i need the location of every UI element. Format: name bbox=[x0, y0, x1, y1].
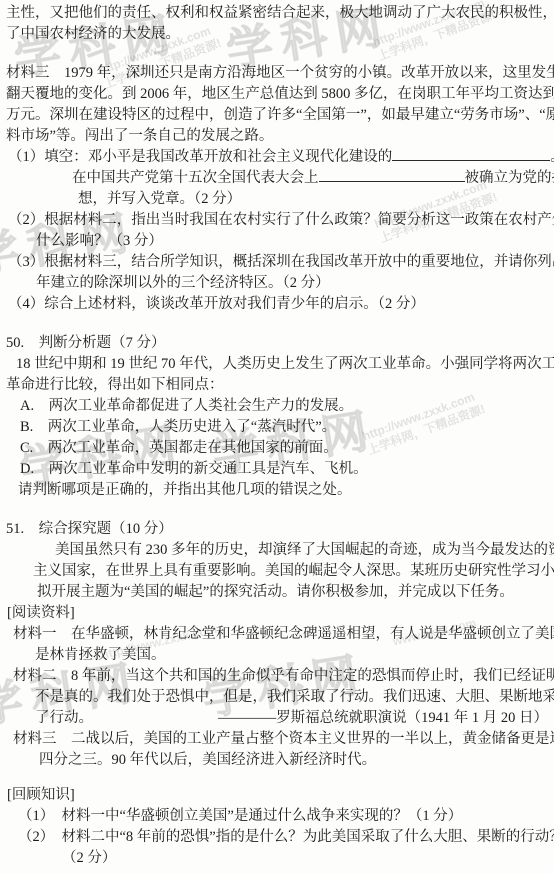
question-49-1-line: 想，并写入党章。（2 分） bbox=[78, 189, 550, 210]
intro-paragraph-line: 了中国农村经济的大发展。 bbox=[6, 24, 550, 45]
reading-materials-header: [阅读资料] bbox=[7, 603, 550, 624]
section-spacer bbox=[6, 771, 550, 785]
question-51-intro-line: 拟开展主题为“美国的崛起”的探究活动。请你积极参加，并完成以下任务。 bbox=[37, 582, 550, 603]
question-49-1-lead: （1）填空：邓小平是我国改革开放和社会主义现代化建设的 bbox=[8, 149, 392, 165]
review-knowledge-header: [回顾知识] bbox=[7, 785, 550, 806]
question-51-intro-line: 美国虽然只有 230 多年的历史，却演绎了大国崛起的奇迹，成为当今最发达的资本 bbox=[55, 540, 550, 561]
review-question-2-line: （2） 材料二中“8 年前的恐惧”指的是什么？为此美国采取了什么大胆、果断的行动… bbox=[18, 827, 550, 848]
material2-usa-line: 材料二 8 年前，当这个共和国的生命似乎有命中注定的恐惧而停止时，我们已经证明这 bbox=[13, 666, 550, 687]
fill-in-blank bbox=[392, 147, 550, 161]
question-49-1-period: 。 bbox=[550, 149, 554, 165]
question-49-2-line: 什么影响？（3 分） bbox=[36, 231, 550, 252]
question-50-option-d: D. 两次工业革命中发明的新交通工具是汽车、飞机。 bbox=[20, 459, 550, 480]
material1-usa-line: 是林肯拯救了美国。 bbox=[35, 645, 550, 666]
material1-usa-line: 材料一 在华盛顿，林肯纪念堂和华盛顿纪念碑遥遥相望，有人说是华盛顿创立了美国， bbox=[13, 624, 550, 645]
question-49-2-line: （2）根据材料二，指出当时我国在农村实行了什么政策？简要分析这一政策在农村产生了 bbox=[8, 210, 550, 231]
material3-china-line: 万元。深圳在建设特区的过程中，创造了许多“全国第一”，如最早建立“劳务市场”、“… bbox=[6, 105, 550, 126]
question-50-heading: 50. 判断分析题（7 分） bbox=[6, 333, 550, 354]
question-51-heading: 51. 综合探究题（10 分） bbox=[6, 519, 550, 540]
material3-usa-line: 四分之三。90 年代以后，美国经济进入新经济时代。 bbox=[39, 750, 550, 771]
material2-attribution: ————罗斯福总统就职演说（1941 年 1 月 20 日） bbox=[218, 708, 550, 729]
fill-in-blank bbox=[319, 168, 465, 182]
exam-paper-page: 主性，又把他们的责任、权利和权益紧密结合起来，极大地调动了广大农民的积极性，促进… bbox=[0, 0, 554, 869]
material3-china-line: 料市场”等。闯出了一条自己的发展之路。 bbox=[6, 126, 550, 147]
section-spacer bbox=[6, 45, 550, 63]
material3-china-line: 翻天覆地的变化。到 2006 年，地区生产总值达到 5800 多亿，在岗职工年平… bbox=[6, 84, 550, 105]
question-50-option-c: C. 两次工业革命，英国都走在其他国家的前面。 bbox=[20, 438, 550, 459]
question-50-closing: 请判断哪项是正确的，并指出其他几项的错误之处。 bbox=[18, 480, 550, 501]
material2-usa-line: 了行动。 ————罗斯福总统就职演说（1941 年 1 月 20 日） bbox=[6, 708, 550, 729]
section-spacer bbox=[6, 315, 550, 333]
question-49-1-post: 被确立为党的指导思 bbox=[465, 170, 554, 186]
question-50-intro-line: 革命进行比较，得出如下相同点： bbox=[6, 375, 550, 396]
question-49-4-line: （4）综合上述材料，谈谈改革开放对我们青少年的启示。（2 分） bbox=[8, 294, 550, 315]
question-49-1-line: 在中国共产党第十五次全国代表大会上被确立为党的指导思 bbox=[72, 168, 550, 189]
question-49-1-pre: 在中国共产党第十五次全国代表大会上 bbox=[72, 170, 319, 186]
material3-usa-line: 材料三 二战以后，美国的工业产量占整个资本主义世界的一半以上，黄金储备更是达到 bbox=[13, 729, 550, 750]
question-49-3-line: （3）根据材料三，结合所学知识，概括深圳在我国改革开放中的重要地位，并请你列出 … bbox=[8, 252, 550, 273]
question-51-intro-line: 主义国家，在世界上具有重要影响。美国的崛起令人深思。某班历史研究性学习小组 bbox=[33, 561, 550, 582]
review-question-1: （1） 材料一中“华盛顿创立美国”是通过什么战争来实现的？（1 分） bbox=[18, 806, 550, 827]
question-50-option-b: B. 两次工业革命，人类历史进入了“蒸汽时代”。 bbox=[20, 417, 550, 438]
question-49-1-line: （1）填空：邓小平是我国改革开放和社会主义现代化建设的。 bbox=[8, 147, 550, 168]
material3-china-line: 材料三 1979 年，深圳还只是南方沿海地区一个贫穷的小镇。改革开放以来，这里发… bbox=[6, 63, 550, 84]
review-question-2-line: （2 分） bbox=[62, 848, 550, 869]
material2-usa-line: 不是真的。我们处于恐惧中，但是，我们采取了行动。我们迅速、大胆、果断地采取 bbox=[35, 687, 550, 708]
intro-paragraph-line: 主性，又把他们的责任、权利和权益紧密结合起来，极大地调动了广大农民的积极性，促进 bbox=[6, 3, 550, 24]
section-spacer bbox=[6, 501, 550, 519]
question-50-intro-line: 18 世纪中期和 19 世纪 70 年代，人类历史上发生了两次工业革命。小强同学… bbox=[16, 354, 550, 375]
question-49-3-line: 年建立的除深圳以外的三个经济特区。（2 分） bbox=[36, 273, 550, 294]
material2-last-fragment: 了行动。 bbox=[35, 708, 93, 729]
question-50-option-a: A. 两次工业革命都促进了人类社会生产力的发展。 bbox=[20, 396, 550, 417]
